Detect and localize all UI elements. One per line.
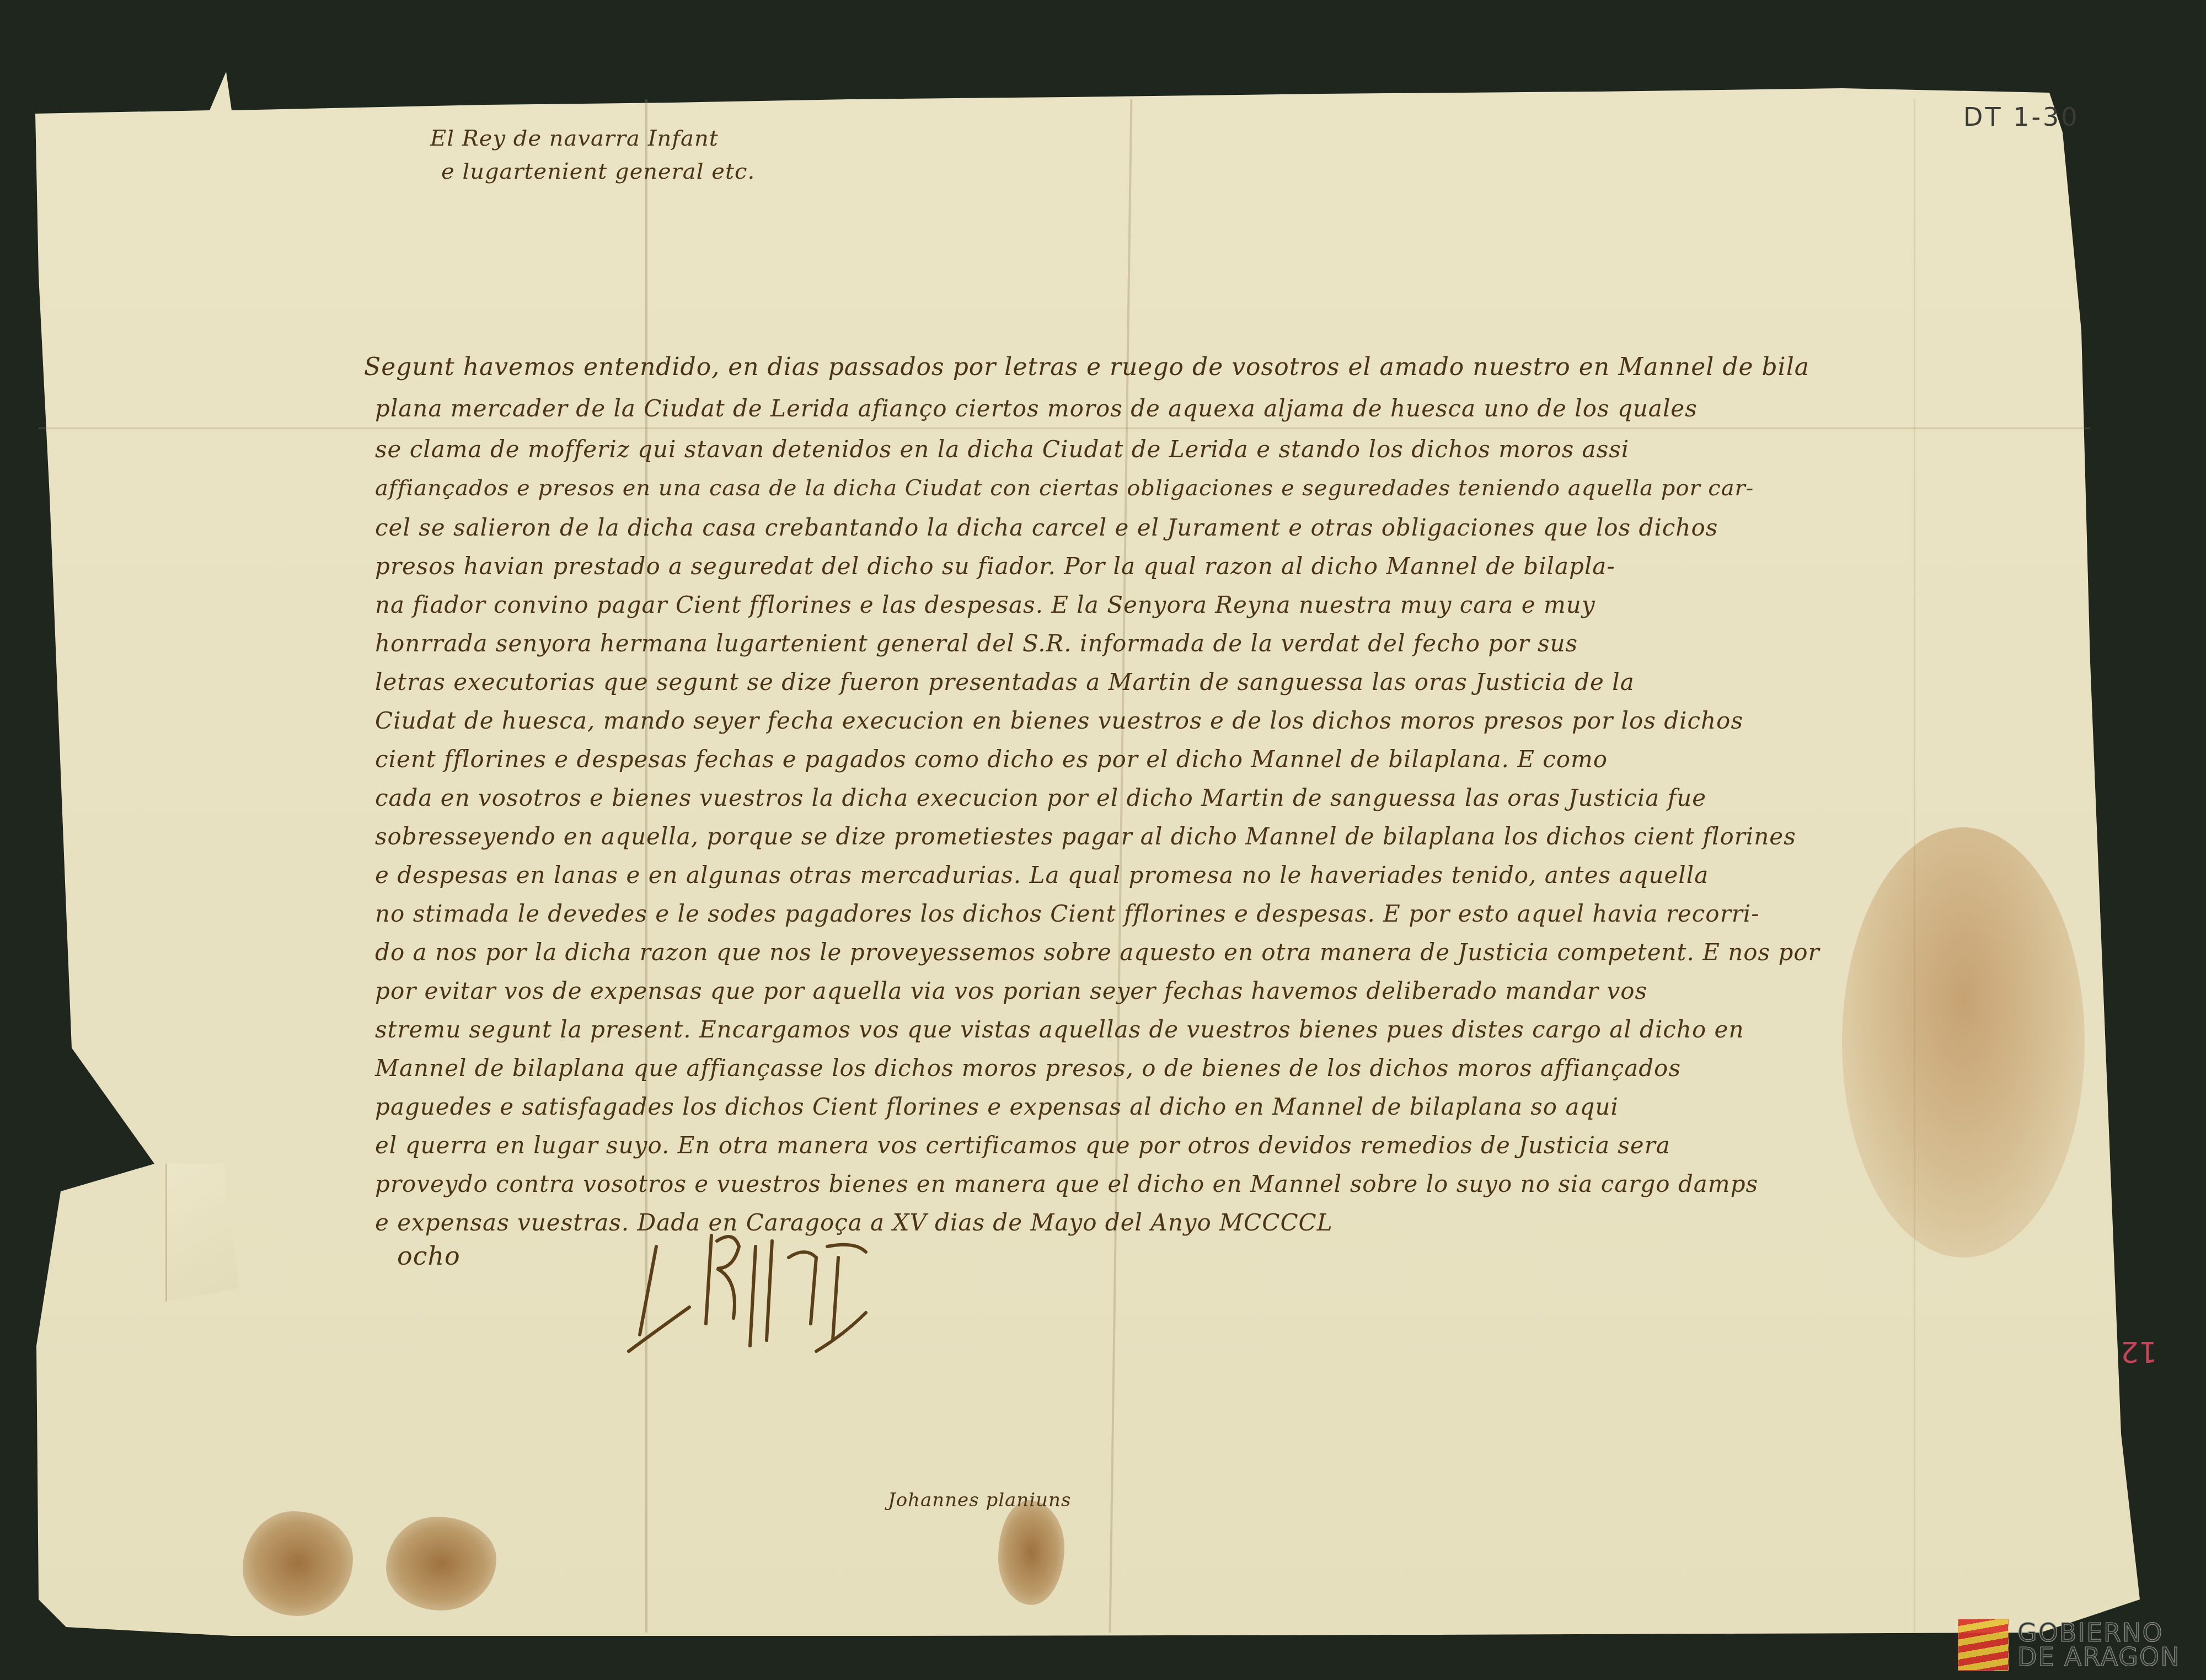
body-line: Mannel de bilaplana que affiançasse los …: [375, 1055, 1681, 1082]
body-line: e despesas en lanas e en algunas otras m…: [375, 862, 1709, 889]
logo-wordmark: GOBIERNO DE ARAGON: [2017, 1620, 2181, 1669]
body-line: proveydo contra vosotros e vuestros bien…: [375, 1170, 1758, 1197]
signature-flourish-icon: [607, 1224, 982, 1357]
body-line: Segunt havemos entendido, en dias passad…: [364, 353, 1809, 381]
body-line: no stimada le devedes e le sodes pagador…: [375, 900, 1759, 927]
paper-fold-line: [39, 427, 2090, 429]
royal-signature-rubric: Yo el Rey: [607, 1224, 982, 1357]
body-line: stremu segunt la present. Encargamos vos…: [375, 1016, 1744, 1043]
archive-reference-mark: DT 1-30: [1963, 102, 2080, 132]
logo-line-2: DE ARAGON: [2017, 1645, 2181, 1669]
water-stain: [1842, 827, 2085, 1258]
body-line: sobresseyendo en aquella, porque se dize…: [375, 823, 1796, 850]
body-line: affiançados e presos en una casa de la d…: [375, 475, 1754, 501]
body-line: do a nos por la dicha razon que nos le p…: [375, 939, 1820, 966]
date-continuation: ocho: [397, 1241, 461, 1271]
body-line: na fiador convino pagar Cient fflorines …: [375, 591, 1595, 618]
body-line: presos havian prestado a seguredat del d…: [375, 553, 1615, 580]
header-line-1: El Rey de navarra Infant: [430, 126, 719, 151]
logo-line-1: GOBIERNO: [2017, 1620, 2181, 1645]
body-line: plana mercader de la Ciudat de Lerida af…: [375, 395, 1698, 422]
body-line: cel se salieron de la dicha casa crebant…: [375, 514, 1718, 541]
body-line: el querra en lugar suyo. En otra manera …: [375, 1132, 1670, 1159]
secretary-subscription: Johannes planiuns: [888, 1489, 1071, 1511]
body-line: honrrada senyora hermana lugartenient ge…: [375, 630, 1578, 657]
aragon-flag-icon: [1958, 1619, 2009, 1671]
body-line: por evitar vos de expensas que por aquel…: [375, 977, 1647, 1004]
body-line: cada en vosotros e bienes vuestros la di…: [375, 784, 1706, 811]
folio-number-mark: 12: [2121, 1335, 2157, 1368]
body-line: cient fflorines e despesas fechas e paga…: [375, 746, 1608, 773]
gobierno-de-aragon-logo: GOBIERNO DE ARAGON: [1958, 1619, 2181, 1671]
body-line: paguedes e satisfagades los dichos Cient…: [375, 1093, 1619, 1120]
body-line: se clama de mofferiz qui stavan detenido…: [375, 436, 1629, 463]
body-line: letras executorias que segunt se dize fu…: [375, 668, 1635, 695]
body-line: Ciudat de huesca, mando seyer fecha exec…: [375, 707, 1743, 734]
header-line-2: e lugartenient general etc.: [441, 159, 755, 184]
